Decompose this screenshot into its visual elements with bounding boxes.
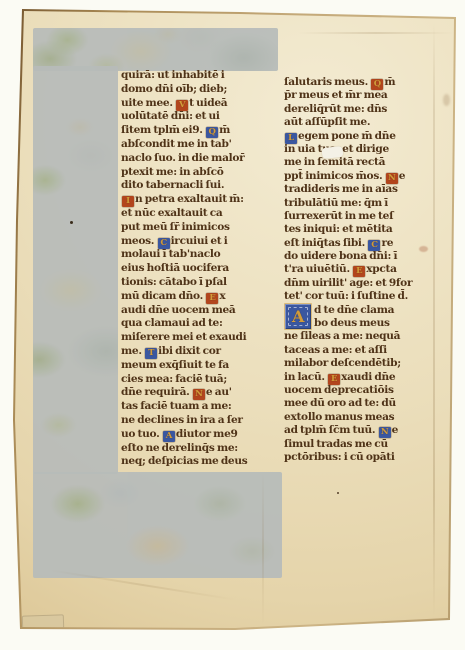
text-line: naclo ſuo. in die malor̄: [121, 152, 258, 166]
paint-correction-patch: [321, 146, 343, 159]
text-line: neq; deſpicias me deus: [121, 455, 258, 469]
text-line: extollo manus meas: [284, 411, 425, 424]
latin-text: d te dn̄e clama: [314, 304, 394, 316]
text-line: abſcondit me in tab': [121, 138, 258, 152]
latin-text: uite mee.: [121, 97, 175, 109]
text-line: dn̄m uirilit' age: et 9for: [284, 277, 425, 290]
illuminated-initial: V: [176, 100, 188, 111]
text-line: uolūtatē dn̄i: et ui: [121, 110, 258, 124]
illuminated-initial: N: [379, 427, 391, 438]
verso-showthrough-bottom: [33, 472, 282, 578]
latin-text: ne declines in ira a ſer: [121, 414, 243, 426]
latin-text: ppt̄ inimicos m̄os.: [284, 170, 385, 182]
latin-text: eius hoſtiā uocifera: [121, 262, 229, 274]
text-line: p̄r meus et m̄r mea: [284, 89, 425, 102]
text-line: taceas a me: et aſſi: [284, 344, 425, 357]
text-line: et nūc exaltauit ca: [121, 207, 258, 221]
text-line: qua clamaui ad te:: [121, 317, 258, 331]
latin-text: audi dn̄e uocem meā: [121, 304, 236, 316]
latin-text: xaudi dn̄e: [341, 371, 395, 383]
text-line: tes iniqui: et mētita: [284, 223, 425, 236]
latin-text: ptexit me: in abſcō: [121, 166, 224, 178]
latin-text: tet' cor tuū: i ſuſtine d̄.: [284, 290, 408, 302]
latin-text: cies mea: faciē tuā;: [121, 373, 227, 385]
text-line: Legem pone m̄ dn̄e: [284, 130, 425, 143]
latin-text: e: [392, 424, 398, 436]
latin-text: molaui ī tab'naclo: [121, 248, 220, 260]
latin-text: egem pone m̄ dn̄e: [298, 130, 396, 142]
latin-text: p̄r meus et m̄r mea: [284, 89, 388, 101]
text-column-left: quirā: ut inhabitē idomo dn̄i oīb; dieb;…: [121, 69, 258, 469]
latin-text: aūt aſſūpſit me.: [284, 116, 370, 128]
latin-text: extollo manus meas: [284, 411, 394, 423]
latin-text: xpcta: [366, 263, 396, 275]
latin-text: meos.: [121, 235, 157, 247]
latin-text: tionis: cātabo ī pſal: [121, 276, 227, 288]
text-line: bo deus meus: [284, 317, 425, 330]
latin-text: quirā: ut inhabitē i: [121, 69, 225, 81]
text-line: t'ra uiuētiū. Expcta: [284, 263, 425, 276]
latin-text: do uidere bona dn̄i: ī: [284, 250, 397, 262]
red-stain: [419, 246, 428, 252]
text-line: eſto ne derelinq̄s me:: [121, 442, 258, 456]
latin-text: miſerere mei et exaudi: [121, 331, 246, 343]
latin-text: n petra exaltauit m̄:: [135, 193, 244, 205]
latin-text: re: [381, 237, 393, 249]
latin-text: dereliq̄rūt me: dn̄s: [284, 103, 387, 115]
text-line: tionis: cātabo ī pſal: [121, 276, 258, 290]
illuminated-initial: E: [353, 266, 365, 277]
latin-text: meum exq̄ſiuit te fa: [121, 359, 229, 371]
stain-speck: [337, 492, 339, 494]
latin-text: dn̄m uirilit' age: et 9for: [284, 277, 412, 289]
text-line: ne declines in ira a ſer: [121, 414, 258, 428]
latin-text: tribulātiū me: q̄m ī: [284, 197, 388, 209]
text-line: ptexit me: in abſcō: [121, 166, 258, 180]
latin-text: et nūc exaltauit ca: [121, 207, 223, 219]
latin-text: m̄: [384, 76, 395, 88]
text-line: miſerere mei et exaudi: [121, 331, 258, 345]
latin-text: eſto ne derelinq̄s me:: [121, 442, 238, 454]
latin-text: diutor me9: [176, 428, 238, 440]
latin-text: ſalutaris meus.: [284, 76, 370, 88]
text-line: domo dn̄i oīb; dieb;: [121, 83, 258, 97]
text-line: dereliq̄rūt me: dn̄s: [284, 103, 425, 116]
latin-text: dito tabernacli ſui.: [121, 179, 224, 191]
latin-text: ircuiui et i: [171, 235, 228, 247]
text-line: do uidere bona dn̄i: ī: [284, 250, 425, 263]
illuminated-initial: Q: [371, 79, 383, 90]
latin-text: ſurrexerūt in me teſ: [284, 210, 393, 222]
latin-text: uocem deprecatiōis: [284, 384, 394, 396]
text-line: ſimul tradas me cū: [284, 438, 425, 451]
verso-showthrough-top: [33, 28, 278, 71]
latin-text: taceas a me: et aſſi: [284, 344, 387, 356]
latin-text: me in ſemitā rectā: [284, 156, 385, 168]
text-line: tet' cor tuū: i ſuſtine d̄.: [284, 290, 425, 303]
text-line: ſalutaris meus. Qm̄: [284, 76, 425, 89]
text-line: dito tabernacli ſui.: [121, 179, 258, 193]
manuscript-photo: quirā: ut inhabitē idomo dn̄i oīb; dieb;…: [0, 0, 465, 650]
latin-text: domo dn̄i oīb; dieb;: [121, 83, 227, 95]
text-line: Ad te dn̄e clama: [284, 304, 425, 317]
text-line: quirā: ut inhabitē i: [121, 69, 258, 83]
latin-text: mee dū oro ad te: dū: [284, 397, 396, 409]
verso-showthrough-left: [33, 66, 118, 474]
vertical-crease: [433, 22, 435, 616]
text-line: tradideris me in aīas: [284, 183, 425, 196]
latin-text: neq; deſpicias me deus: [121, 455, 247, 467]
text-line: mū dicam dn̄o. Ex: [121, 290, 258, 304]
horizontal-crease: [298, 32, 454, 34]
text-line: mee dū oro ad te: dū: [284, 397, 425, 410]
stain-speck: [70, 221, 73, 224]
latin-text: put meū ſr̄ inimicos: [121, 221, 230, 233]
text-line: meum exq̄ſiuit te fa: [121, 359, 258, 373]
text-line: meos. Circuiui et i: [121, 235, 258, 249]
text-line: milabor deſcendētib;: [284, 357, 425, 370]
text-line: dn̄e requirā. Ne au': [121, 386, 258, 400]
latin-text: pctōribus: i cū opāti: [284, 451, 395, 463]
illuminated-initial: T: [145, 348, 157, 359]
text-line: ſurrexerūt in me teſ: [284, 210, 425, 223]
text-line: pctōribus: i cū opāti: [284, 451, 425, 464]
latin-text: qua clamaui ad te:: [121, 317, 223, 329]
latin-text: milabor deſcendētib;: [284, 357, 401, 369]
latin-text: ne ſileas a me: nequā: [284, 330, 400, 342]
latin-text: tes iniqui: et mētita: [284, 223, 392, 235]
text-line: me. Tibi dixit cor: [121, 345, 258, 359]
latin-text: m̄: [219, 124, 230, 136]
text-line: uocem deprecatiōis: [284, 384, 425, 397]
text-line: ppt̄ inimicos m̄os. Ne: [284, 170, 425, 183]
text-line: ſitem tplm̄ ei9. Qm̄: [121, 124, 258, 138]
illuminated-initial: A: [163, 431, 175, 442]
text-line: molaui ī tab'naclo: [121, 248, 258, 262]
text-line: eſt iniq̄tas ſibi. Cre: [284, 237, 425, 250]
latin-text: ſitem tplm̄ ei9.: [121, 124, 205, 136]
latin-text: tas faciē tuam a me:: [121, 400, 232, 412]
latin-text: me.: [121, 345, 144, 357]
latin-text: e au': [206, 386, 232, 398]
text-line: ad tplm̄ ſc̄m tuū. Ne: [284, 424, 425, 437]
text-line: eius hoſtiā uocifera: [121, 262, 258, 276]
text-line: put meū ſr̄ inimicos: [121, 221, 258, 235]
illuminated-initial: N: [386, 173, 398, 184]
illuminated-initial: C: [158, 238, 170, 249]
latin-text: uo tuo.: [121, 428, 162, 440]
brown-stain: [443, 94, 450, 106]
manuscript-leaf: quirā: ut inhabitē idomo dn̄i oīb; dieb;…: [0, 0, 465, 650]
text-line: cies mea: faciē tuā;: [121, 373, 258, 387]
latin-text: uolūtatē dn̄i: et ui: [121, 110, 220, 122]
text-line: audi dn̄e uocem meā: [121, 304, 258, 318]
latin-text: t'ra uiuētiū.: [284, 263, 352, 275]
text-line: me in ſemitā rectā: [284, 156, 425, 169]
illuminated-initial: I: [122, 196, 134, 207]
latin-text: tradideris me in aīas: [284, 183, 398, 195]
latin-text: t uideā: [189, 97, 227, 109]
text-column-right: ſalutaris meus. Qm̄p̄r meus et m̄r meade…: [284, 76, 425, 464]
latin-text: x: [219, 290, 225, 302]
text-line: tribulātiū me: q̄m ī: [284, 197, 425, 210]
illuminated-initial: Q: [206, 127, 218, 138]
text-line: ne ſileas a me: nequā: [284, 330, 425, 343]
latin-text: bo deus meus: [314, 317, 390, 329]
latin-text: ſimul tradas me cū: [284, 438, 388, 450]
latin-text: e: [399, 170, 405, 182]
text-line: tas faciē tuam a me:: [121, 400, 258, 414]
latin-text: eſt iniq̄tas ſibi.: [284, 237, 367, 249]
text-line: in lacū. Exaudi dn̄e: [284, 371, 425, 384]
latin-text: dn̄e requirā.: [121, 386, 192, 398]
illuminated-initial: C: [368, 240, 380, 251]
text-line: in uia tua: et dirige: [284, 143, 425, 156]
text-line: uite mee. Vt uideā: [121, 97, 258, 111]
text-line: uo tuo. Adiutor me9: [121, 428, 258, 442]
illuminated-initial: E: [206, 293, 218, 304]
latin-text: ibi dixit cor: [158, 345, 221, 357]
latin-text: ad tplm̄ ſc̄m tuū.: [284, 424, 378, 436]
latin-text: abſcondit me in tab': [121, 138, 232, 150]
illuminated-initial: L: [285, 133, 297, 144]
latin-text: naclo ſuo. in die malor̄: [121, 152, 244, 164]
text-line: aūt aſſūpſit me.: [284, 116, 425, 129]
illuminated-initial: E: [328, 374, 340, 385]
text-line: In petra exaltauit m̄:: [121, 193, 258, 207]
latin-text: mū dicam dn̄o.: [121, 290, 205, 302]
latin-text: in lacū.: [284, 371, 327, 383]
illuminated-initial: N: [193, 389, 205, 400]
